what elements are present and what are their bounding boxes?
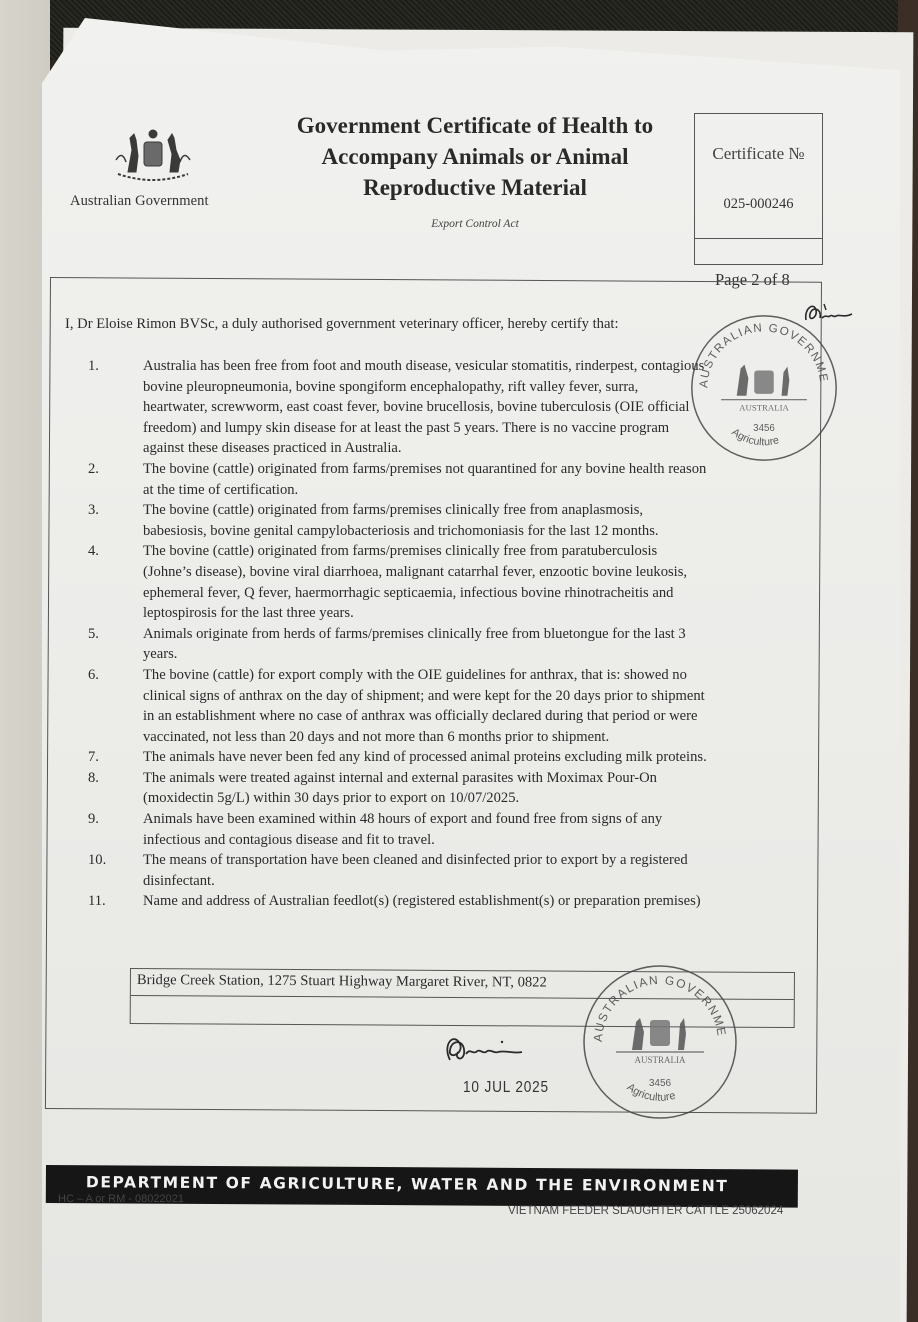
coat-of-arms-icon (108, 120, 198, 190)
clause-text: The bovine (cattle) for export comply wi… (143, 665, 818, 747)
clause-line: The bovine (cattle) for export comply wi… (143, 665, 818, 686)
clause-number: 5. (88, 624, 128, 645)
clause-item: 7.The animals have never been fed any ki… (88, 747, 818, 768)
form-title: VIETNAM FEEDER SLAUGHTER CATTLE 25062024 (508, 1205, 783, 1217)
clause-number: 1. (88, 356, 128, 377)
stamp-number: 3456 (753, 423, 775, 434)
certificate-number: 025-000246 (695, 196, 822, 213)
document-title: Government Certificate of Health to Acco… (255, 110, 695, 203)
title-line: Government Certificate of Health to (255, 110, 695, 141)
clause-line: years. (143, 644, 818, 665)
clause-text: The animals have never been fed any kind… (143, 747, 818, 768)
issuer-label: Australian Government (70, 193, 209, 210)
clause-number: 7. (88, 747, 128, 768)
clause-text: The animals were treated against interna… (143, 768, 818, 809)
clause-text: The bovine (cattle) originated from farm… (143, 500, 818, 541)
clause-line: Animals originate from herds of farms/pr… (143, 624, 818, 645)
clause-line: clinical signs of anthrax on the day of … (143, 686, 818, 707)
clause-line: ephemeral fever, Q fever, haermorrhagic … (143, 583, 818, 604)
clause-number: 4. (88, 541, 128, 562)
official-stamp-icon: AUSTRALIAN GOVERNMENT AUSTRALIA 3456 Agr… (580, 962, 740, 1122)
certification-intro: I, Dr Eloise Rimon BVSc, a duly authoris… (65, 316, 619, 333)
clause-number: 3. (88, 500, 128, 521)
clause-text: Animals have been examined within 48 hou… (143, 809, 818, 850)
clause-line: infectious and contagious disease and fi… (143, 830, 818, 851)
clause-text: The means of transportation have been cl… (143, 850, 818, 891)
clause-item: 4.The bovine (cattle) originated from fa… (88, 541, 818, 623)
clause-line: at the time of certification. (143, 480, 818, 501)
clause-line: The means of transportation have been cl… (143, 850, 818, 871)
clause-item: 9.Animals have been examined within 48 h… (88, 809, 818, 850)
date-stamp: 10 JUL 2025 (463, 1079, 549, 1097)
clause-item: 11.Name and address of Australian feedlo… (88, 891, 818, 912)
clause-line: babesiosis, bovine genital campylobacter… (143, 521, 818, 542)
clause-number: 2. (88, 459, 128, 480)
clause-line: The bovine (cattle) originated from farm… (143, 541, 818, 562)
veterinary-officer-signature (436, 1030, 526, 1068)
clause-item: 3.The bovine (cattle) originated from fa… (88, 500, 818, 541)
clause-line: in an establishment where no case of ant… (143, 706, 818, 727)
clause-line: vaccinated, not less than 20 days and no… (143, 727, 818, 748)
clause-item: 5.Animals originate from herds of farms/… (88, 624, 818, 665)
clause-number: 9. (88, 809, 128, 830)
legislation-subtitle: Export Control Act (380, 218, 570, 230)
box-divider (695, 238, 822, 239)
clause-number: 6. (88, 665, 128, 686)
clause-item: 6.The bovine (cattle) for export comply … (88, 665, 818, 747)
clause-line: (Johne’s disease), bovine viral diarrhoe… (143, 562, 818, 583)
clause-text: The bovine (cattle) originated from farm… (143, 541, 818, 623)
certificate-number-box: Certificate № 025-000246 (694, 113, 823, 265)
clause-line: The animals were treated against interna… (143, 768, 818, 789)
clause-line: The animals have never been fed any kind… (143, 747, 818, 768)
department-name: DEPARTMENT OF AGRICULTURE, WATER AND THE… (86, 1173, 729, 1195)
clause-number: 8. (88, 768, 128, 789)
title-line: Reproductive Material (255, 172, 695, 203)
form-code: HC – A or RM - 08022021 (58, 1193, 184, 1205)
clause-text: Name and address of Australian feedlot(s… (143, 891, 818, 912)
clause-line: The bovine (cattle) originated from farm… (143, 500, 818, 521)
clause-item: 8.The animals were treated against inter… (88, 768, 818, 809)
stamp-number: 3456 (649, 1078, 672, 1089)
title-line: Accompany Animals or Animal (255, 141, 695, 172)
clause-number: 10. (88, 850, 128, 871)
stamp-center-text: AUSTRALIA (635, 1055, 686, 1065)
clause-item: 10.The means of transportation have been… (88, 850, 818, 891)
clause-number: 11. (88, 891, 128, 912)
certificate-number-label: Certificate № (695, 144, 822, 164)
stamp-center-text: AUSTRALIA (739, 402, 789, 412)
clause-line: leptospirosis for the last three years. (143, 603, 818, 624)
feedlot-address-row: Bridge Creek Station, 1275 Stuart Highwa… (137, 972, 547, 992)
clause-line: Animals have been examined within 48 hou… (143, 809, 818, 830)
official-stamp-icon: AUSTRALIAN GOVERNMENT AUSTRALIA 3456 Agr… (686, 310, 842, 466)
clause-text: Animals originate from herds of farms/pr… (143, 624, 818, 665)
clause-line: Name and address of Australian feedlot(s… (143, 891, 818, 912)
clause-line: (moxidectin 5g/L) within 30 days prior t… (143, 788, 818, 809)
clause-line: disinfectant. (143, 871, 818, 892)
